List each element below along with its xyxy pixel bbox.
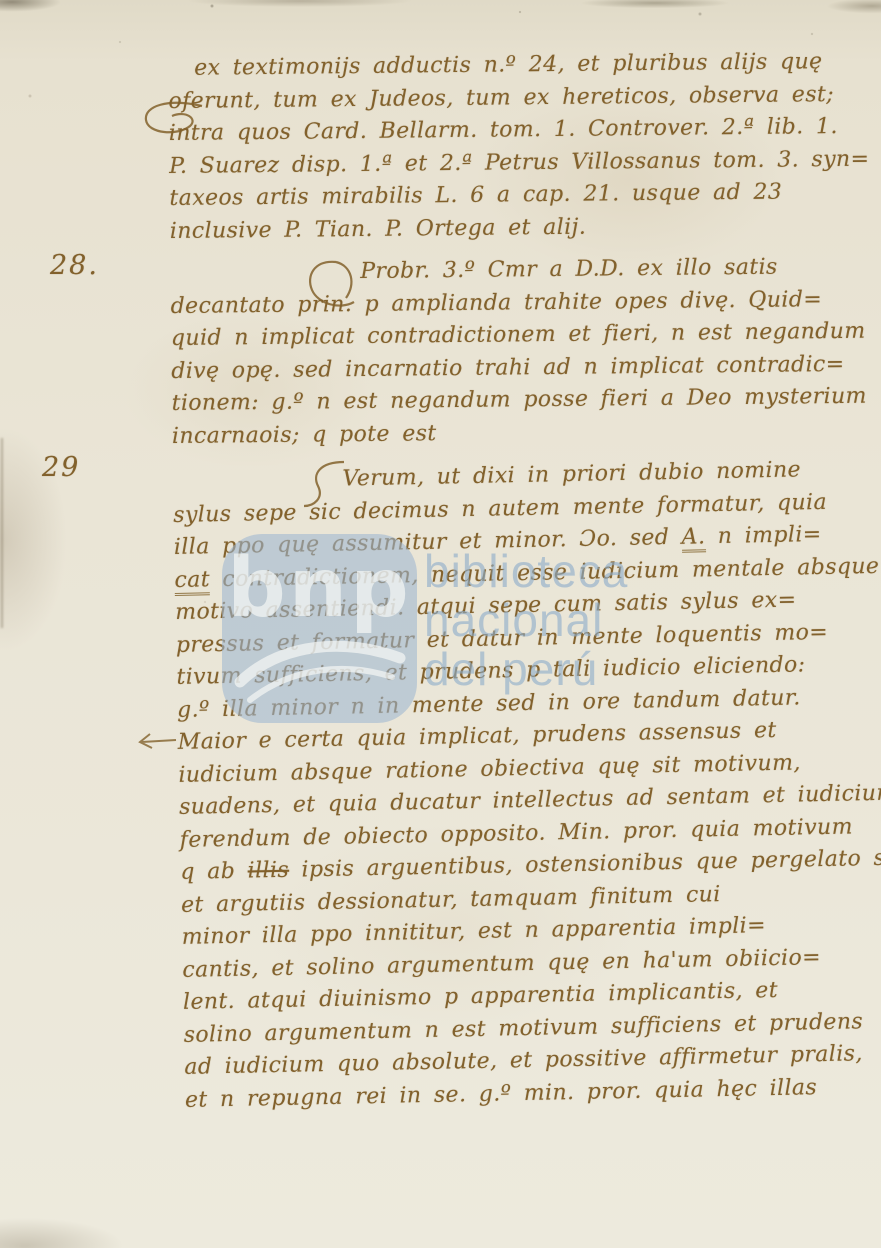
line-segment: n impli= bbox=[705, 522, 822, 549]
page-crease bbox=[1, 438, 3, 628]
margin-number-28: 28. bbox=[50, 250, 99, 281]
arrow-flourish bbox=[136, 730, 178, 752]
manuscript-line: inclusive P. Tian. P. Ortega et alij. bbox=[170, 211, 875, 251]
manuscript-paragraph: Probr. 3.º Cmr a D.D. ex illo satis deca… bbox=[170, 254, 877, 456]
line-segment: q ab bbox=[180, 859, 248, 885]
manuscript-page: 28. 29 ex textimonijs adductis n.º 24, e… bbox=[0, 0, 881, 1248]
struck-word: illis bbox=[247, 858, 289, 884]
manuscript-text-block: ex textimonijs adductis n.º 24, et pluri… bbox=[168, 49, 881, 1120]
underlined-word: A. bbox=[681, 524, 705, 552]
manuscript-line: incarnaois; q pote est bbox=[172, 416, 877, 456]
underlined-word: cat bbox=[174, 567, 210, 596]
margin-number-29: 29 bbox=[42, 452, 80, 483]
manuscript-paragraph: ex textimonijs adductis n.º 24, et pluri… bbox=[168, 49, 875, 251]
manuscript-paragraph: Verum, ut dixi in priori dubio nomine sy… bbox=[172, 456, 881, 1120]
